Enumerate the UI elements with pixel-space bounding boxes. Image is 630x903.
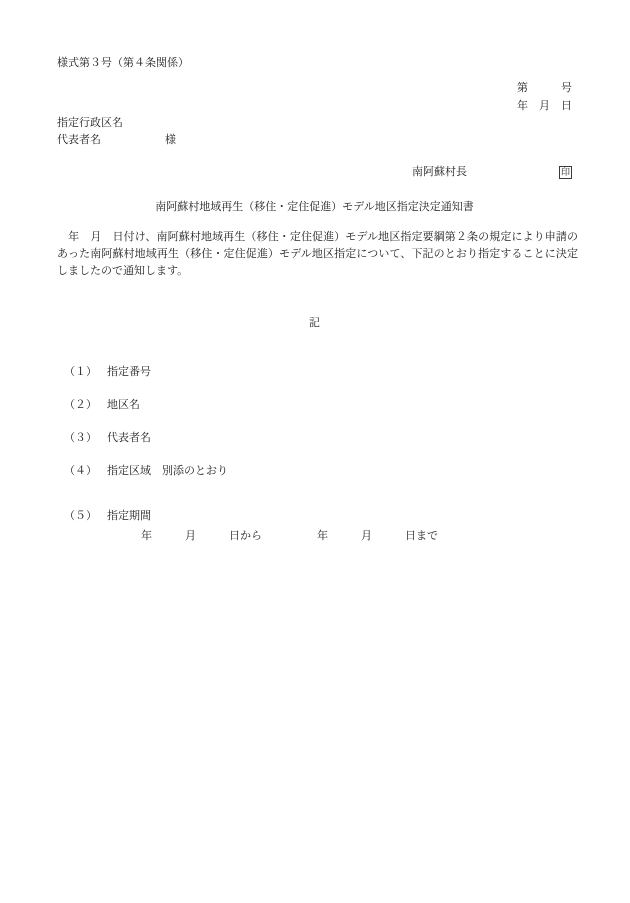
document-page: 様式第３号（第４条関係） 第 号 年 月 日 指定行政区名 代表者名様 南阿蘇村… — [0, 0, 630, 903]
item-number: （５） — [64, 510, 97, 522]
list-item: （２）地区名 — [64, 398, 572, 413]
addressee-block: 指定行政区名 代表者名様 — [57, 115, 572, 149]
addressee-org-label: 指定行政区名 — [57, 115, 572, 132]
sender-name: 南阿蘇村長 — [412, 166, 467, 178]
item-label: 地区名 — [107, 399, 140, 411]
list-item: （５）指定期間 — [64, 509, 572, 524]
doc-number-line: 第 号 — [57, 79, 572, 97]
item-label: 代表者名 — [107, 432, 151, 444]
item-number: （４） — [64, 465, 97, 477]
list-item: （３）代表者名 — [64, 431, 572, 446]
seal-mark: 印 — [559, 166, 572, 179]
item-number: （３） — [64, 432, 97, 444]
addressee-rep-row: 代表者名様 — [57, 132, 572, 149]
body-paragraph: 年 月 日付け、南阿蘇村地域再生（移住・定住促進）モデル地区指定要綱第２条の規定… — [57, 229, 578, 280]
period-line: 年 月 日から 年 月 日まで — [141, 529, 572, 544]
record-marker: 記 — [57, 316, 572, 331]
item-value: 別添のとおり — [162, 465, 228, 477]
addressee-honorific: 様 — [165, 134, 176, 146]
item-list: （１）指定番号 （２）地区名 （３）代表者名 （４）指定区域別添のとおり （５）… — [64, 365, 572, 524]
list-item: （４）指定区域別添のとおり — [64, 464, 572, 479]
item-label: 指定期間 — [107, 510, 151, 522]
item-number: （２） — [64, 399, 97, 411]
item-number: （１） — [64, 366, 97, 378]
addressee-rep-label: 代表者名 — [57, 134, 101, 146]
list-item: （１）指定番号 — [64, 365, 572, 380]
document-title: 南阿蘇村地域再生（移住・定住促進）モデル地区指定決定通知書 — [57, 200, 572, 215]
date-line: 年 月 日 — [57, 97, 572, 115]
sender-row: 南阿蘇村長印 — [57, 165, 572, 180]
item-label: 指定番号 — [107, 366, 151, 378]
form-number: 様式第３号（第４条関係） — [57, 56, 572, 71]
item-label: 指定区域 — [107, 465, 151, 477]
header-number-date-block: 第 号 年 月 日 — [57, 79, 572, 115]
